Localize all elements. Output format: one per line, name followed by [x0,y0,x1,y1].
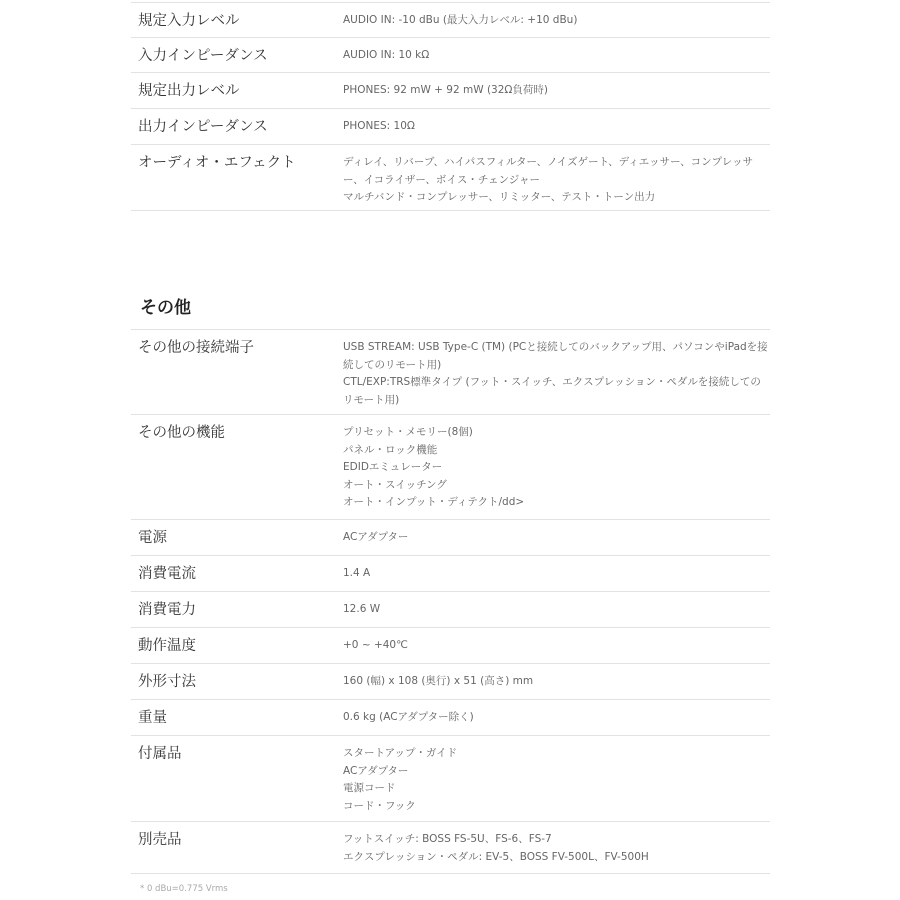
spec-label: 入力インピーダンス [131,38,343,73]
spec-value-line: PHONES: 10Ω [343,118,770,136]
spec-row: 外形寸法160 (幅) x 108 (奥行) x 51 (高さ) mm [131,664,770,700]
spec-value-line: AUDIO IN: -10 dBu (最大入力レベル: +10 dBu) [343,12,770,30]
spec-label: その他の機能 [131,415,343,520]
spec-row: 消費電力12.6 W [131,592,770,628]
spec-value-line: スタートアップ・ガイド [343,745,770,763]
section-spacer [131,211,770,297]
spec-row: 別売品フットスイッチ: BOSS FS-5U、FS-6、FS-7エクスプレッショ… [131,822,770,874]
spec-row: 電源ACアダプター [131,520,770,556]
spec-sheet: 規定入力レベルAUDIO IN: -10 dBu (最大入力レベル: +10 d… [131,2,770,894]
spec-row: その他の接続端子USB STREAM: USB Type-C (TM) (PCと… [131,330,770,415]
spec-value-line: AUDIO IN: 10 kΩ [343,47,770,65]
spec-label: 重量 [131,700,343,736]
spec-value: PHONES: 10Ω [343,109,770,145]
spec-value: プリセット・メモリー(8個)パネル・ロック機能EDIDエミュレーターオート・スイ… [343,415,770,520]
spec-value: USB STREAM: USB Type-C (TM) (PCと接続してのバック… [343,330,770,415]
spec-value-line: +0 ~ +40℃ [343,637,770,655]
spec-value: 12.6 W [343,592,770,628]
spec-row: 重量0.6 kg (ACアダプター除く) [131,700,770,736]
spec-value-line: オート・スイッチング [343,477,770,495]
spec-value-line: PHONES: 92 mW + 92 mW (32Ω負荷時) [343,82,770,100]
spec-label: 電源 [131,520,343,556]
spec-row: 規定出力レベルPHONES: 92 mW + 92 mW (32Ω負荷時) [131,73,770,109]
spec-value-line: 12.6 W [343,601,770,619]
spec-value-line: マルチバンド・コンプレッサー、リミッター、テスト・トーン出力 [343,189,770,207]
spec-value-line: 160 (幅) x 108 (奥行) x 51 (高さ) mm [343,673,770,691]
spec-row: その他の機能プリセット・メモリー(8個)パネル・ロック機能EDIDエミュレーター… [131,415,770,520]
spec-value-line: オート・インプット・ディテクト/dd> [343,494,770,512]
spec-value: AUDIO IN: -10 dBu (最大入力レベル: +10 dBu) [343,3,770,38]
spec-label: 外形寸法 [131,664,343,700]
spec-row: 消費電流1.4 A [131,556,770,592]
spec-row: 付属品スタートアップ・ガイドACアダプター電源コードコード・フック [131,736,770,822]
spec-value: ACアダプター [343,520,770,556]
spec-value-line: プリセット・メモリー(8個) [343,424,770,442]
spec-value: +0 ~ +40℃ [343,628,770,664]
spec-row: 規定入力レベルAUDIO IN: -10 dBu (最大入力レベル: +10 d… [131,3,770,38]
spec-value-line: ディレイ、リバーブ、ハイパスフィルター、ノイズゲート、ディエッサー、コンプレッサ… [343,154,770,189]
spec-value: フットスイッチ: BOSS FS-5U、FS-6、FS-7エクスプレッション・ペ… [343,822,770,874]
spec-row: 出力インピーダンスPHONES: 10Ω [131,109,770,145]
spec-value-line: ACアダプター [343,529,770,547]
spec-value-line: コード・フック [343,798,770,816]
spec-label: 付属品 [131,736,343,822]
spec-value-line: 0.6 kg (ACアダプター除く) [343,709,770,727]
spec-value: スタートアップ・ガイドACアダプター電源コードコード・フック [343,736,770,822]
spec-value: 0.6 kg (ACアダプター除く) [343,700,770,736]
spec-value-line: EDIDエミュレーター [343,459,770,477]
spec-value-line: 1.4 A [343,565,770,583]
footnote: * 0 dBu=0.775 Vrms [131,884,770,894]
spec-value: 160 (幅) x 108 (奥行) x 51 (高さ) mm [343,664,770,700]
spec-value-line: CTL/EXP:TRS標準タイプ (フット・スイッチ、エクスプレッション・ペダル… [343,374,770,409]
spec-value: AUDIO IN: 10 kΩ [343,38,770,73]
spec-row: オーディオ・エフェクトディレイ、リバーブ、ハイパスフィルター、ノイズゲート、ディ… [131,145,770,211]
spec-label: 出力インピーダンス [131,109,343,145]
spec-row: 入力インピーダンスAUDIO IN: 10 kΩ [131,38,770,73]
spec-value: 1.4 A [343,556,770,592]
spec-label: 消費電力 [131,592,343,628]
spec-value-line: USB STREAM: USB Type-C (TM) (PCと接続してのバック… [343,339,770,374]
spec-label: その他の接続端子 [131,330,343,415]
spec-value: PHONES: 92 mW + 92 mW (32Ω負荷時) [343,73,770,109]
spec-value-line: フットスイッチ: BOSS FS-5U、FS-6、FS-7 [343,831,770,849]
spec-label: オーディオ・エフェクト [131,145,343,211]
spec-label: 規定出力レベル [131,73,343,109]
other-spec-table: その他の接続端子USB STREAM: USB Type-C (TM) (PCと… [131,329,770,874]
spec-label: 規定入力レベル [131,3,343,38]
spec-value-line: ACアダプター [343,763,770,781]
spec-value-line: 電源コード [343,780,770,798]
section-title-other: その他 [131,297,770,329]
audio-spec-table: 規定入力レベルAUDIO IN: -10 dBu (最大入力レベル: +10 d… [131,2,770,211]
spec-value-line: エクスプレッション・ペダル: EV-5、BOSS FV-500L、FV-500H [343,849,770,867]
spec-row: 動作温度+0 ~ +40℃ [131,628,770,664]
spec-value: ディレイ、リバーブ、ハイパスフィルター、ノイズゲート、ディエッサー、コンプレッサ… [343,145,770,211]
spec-label: 消費電流 [131,556,343,592]
spec-label: 別売品 [131,822,343,874]
spec-label: 動作温度 [131,628,343,664]
spec-value-line: パネル・ロック機能 [343,442,770,460]
